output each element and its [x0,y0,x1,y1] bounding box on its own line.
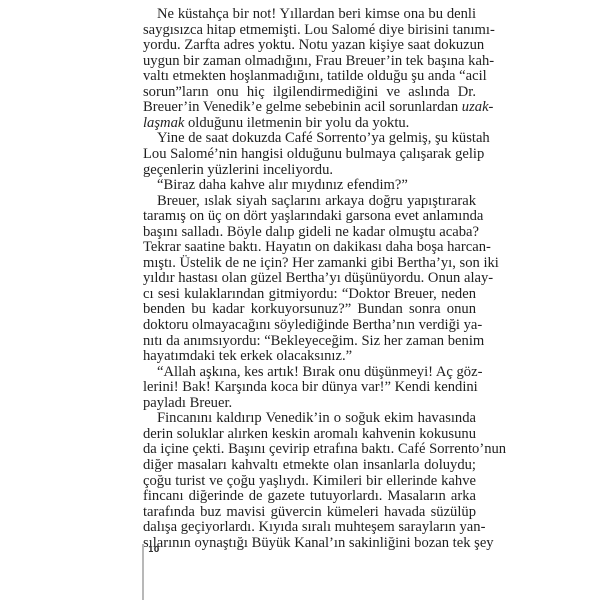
line-text: sılarının oynaştığı Büyük Kanal’ın sakin… [143,535,494,551]
folio-rule [142,544,144,600]
text-line: sılarının oynaştığı Büyük Kanal’ın sakin… [143,534,476,553]
page-number: 10 [148,545,160,554]
book-page: Ne küstahça bir not! Yıllardan beri kims… [0,0,600,600]
